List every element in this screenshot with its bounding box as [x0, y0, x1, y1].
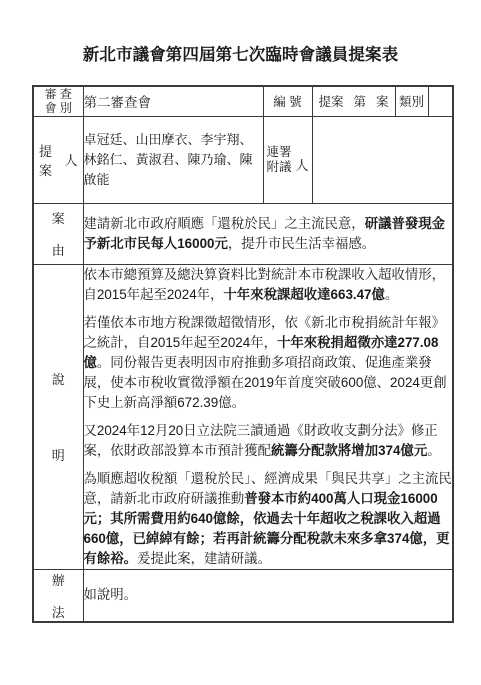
explanation-label-line2: 明	[52, 445, 65, 464]
case-label-cell: 案 由	[33, 203, 83, 264]
method-row: 辦 法 如說明。	[33, 569, 453, 622]
proposers-row: 提案 人 卓冠廷、山田摩衣、李宇翔、林銘仁、黃淑君、陳乃瑜、陳啟能 連署附議 人	[33, 116, 453, 203]
cosigners-label-cell: 連署附議 人	[263, 116, 312, 203]
proposers-label-person: 人	[64, 150, 77, 169]
case-label-line2: 由	[52, 240, 65, 259]
cosigners-label-person: 人	[295, 155, 308, 174]
cosigners-label: 連署附議	[266, 145, 293, 175]
method-label-cell: 辦 法	[33, 569, 83, 622]
case-row: 案 由 建請新北市政府順應「還稅於民」之主流民意，研議普發現金予新北市民每人16…	[33, 203, 453, 264]
explanation-label-line1: 說	[52, 369, 65, 388]
proposal-number-prefix: 提案	[319, 92, 344, 110]
proposal-number-suffix: 案	[376, 92, 389, 110]
method-content: 如說明。	[83, 569, 453, 622]
category-label: 類別	[395, 86, 428, 116]
case-number-label: 編 號	[263, 86, 312, 116]
review-committee-label-cell: 審 查 會 別	[33, 86, 83, 116]
review-committee-value: 第二審查會	[83, 86, 263, 116]
proposal-form-table: 審 查 會 別 第二審查會 編 號 提案 第 案 類別 提案 人	[32, 85, 454, 623]
proposal-number-mid: 第	[353, 92, 366, 110]
explanation-row: 說 明 依本市總預算及總決算資料比對統計本市稅課收入超收情形，自2015年起至2…	[33, 264, 453, 569]
header-empty-cell	[428, 86, 453, 116]
cosigners-value-cell	[312, 116, 453, 203]
method-label-line1: 辦	[52, 570, 65, 589]
method-label-line2: 法	[52, 602, 65, 621]
review-committee-label-line2: 會 別	[34, 101, 83, 115]
proposal-form-page: 新北市議會第四屆第七次臨時會議員提案表 審 查 會 別 第二審查會 編 號 提案…	[0, 0, 481, 685]
case-label-line1: 案	[52, 208, 65, 227]
header-row: 審 查 會 別 第二審查會 編 號 提案 第 案 類別	[33, 86, 453, 116]
proposers-names: 卓冠廷、山田摩衣、李宇翔、林銘仁、黃淑君、陳乃瑜、陳啟能	[83, 116, 263, 203]
review-committee-label-line1: 審 查	[34, 87, 83, 101]
case-content: 建請新北市政府順應「還稅於民」之主流民意，研議普發現金予新北市民每人16000元…	[83, 203, 453, 264]
explanation-content: 依本市總預算及總決算資料比對統計本市稅課收入超收情形，自2015年起至2024年…	[83, 264, 453, 569]
proposers-label-cell: 提案 人	[33, 116, 83, 203]
explanation-label-cell: 說 明	[33, 264, 83, 569]
proposers-label: 提案	[39, 141, 64, 179]
page-title: 新北市議會第四屆第七次臨時會議員提案表	[0, 0, 481, 65]
proposal-number-cell: 提案 第 案	[312, 86, 395, 116]
